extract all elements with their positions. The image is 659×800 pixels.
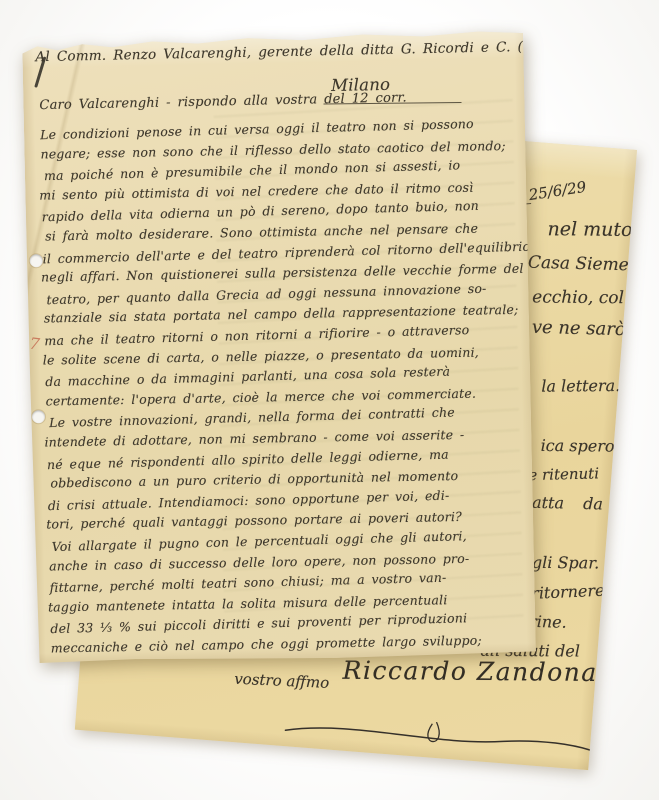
page2-fragment: ritornerei	[531, 580, 610, 602]
body-line: anche in caso di successo delle loro ope…	[49, 550, 469, 573]
body-line: né eque né rispondenti allo spirito dell…	[47, 446, 449, 472]
page2-fragment: ica spero	[541, 436, 615, 456]
body-line: del 33 ⅓ % sui piccoli diritti e sui pro…	[50, 611, 467, 637]
page2-fragment: nel muto	[548, 218, 633, 241]
body-line: si farà molto desiderare. Sono ottimista…	[45, 221, 478, 244]
page2-fragment: la lettera.	[541, 376, 620, 396]
body-line: rapido della vita odierna un pò di seren…	[42, 198, 479, 224]
page2-fragment: ve ne sarò	[532, 317, 626, 340]
body-line: tori, perché quali vantaggi possono port…	[46, 509, 462, 532]
body-line: meccaniche e ciò nel campo che oggi prom…	[51, 633, 482, 656]
letter-body: Le condizioni penose in cui versa oggi i…	[22, 30, 536, 664]
signature: Riccardo Zandonai	[342, 656, 607, 687]
signature-flourish	[283, 710, 596, 762]
body-line: Le vostre innovazioni, grandi, nella for…	[49, 405, 455, 431]
page2-date: 25/6/29	[528, 178, 588, 204]
body-line: obbediscono a un puro criterio di opport…	[50, 468, 458, 490]
body-line: ma che il teatro ritorni o non ritorni a…	[44, 322, 469, 348]
page2-fragment: e ritenuti	[528, 464, 599, 484]
body-line: di crisi attuale. Intendiamoci: sono opp…	[48, 487, 450, 513]
page2-fragment: - Casa Siemens	[517, 252, 637, 275]
body-line: ma poiché non è presumibile che il mondo…	[44, 157, 461, 183]
letter-page-1-wrap: Al Comm. Renzo Valcarenghi, gerente dell…	[22, 30, 523, 654]
body-line: taggio mantenete intatta la solita misur…	[48, 592, 448, 614]
closing-line: vostro affmo	[234, 670, 330, 692]
body-line: Le condizioni penose in cui versa oggi i…	[40, 116, 474, 142]
letter-page-1: Al Comm. Renzo Valcarenghi, gerente dell…	[22, 30, 536, 664]
page2-fragment: ecchio, col	[532, 287, 624, 308]
page2-fragment: atta da	[532, 493, 603, 514]
body-line: intendete di adottare, non mi sembrano -…	[44, 427, 464, 450]
body-line: da macchine o da immagini parlanti, una …	[45, 364, 450, 390]
body-line: Voi allargate il pugno con le percentual…	[52, 528, 467, 554]
body-line: fittarne, perché molti teatri sono chius…	[49, 570, 446, 595]
